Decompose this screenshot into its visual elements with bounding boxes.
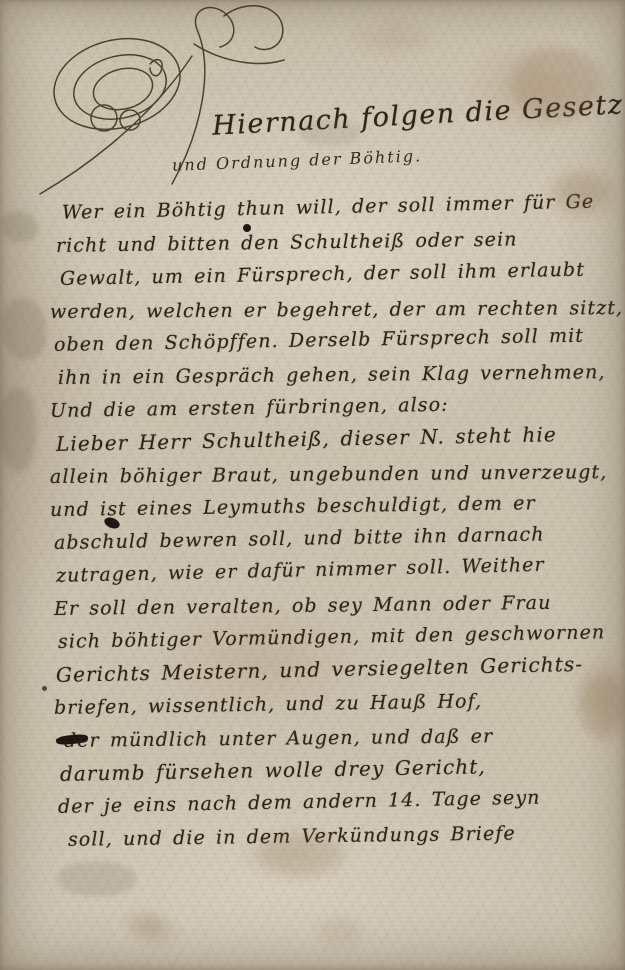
ink-blot	[243, 224, 251, 232]
show-through-smudge	[0, 388, 36, 472]
manuscript-body: Wer ein Böhtig thun will, der soll immer…	[50, 197, 602, 857]
paper-stain	[318, 918, 362, 944]
show-through-smudge	[58, 862, 136, 896]
paper-stain	[510, 48, 602, 120]
ink-blot	[42, 686, 47, 691]
paper-stain	[128, 912, 162, 934]
paper-stain	[580, 672, 625, 738]
show-through-smudge	[300, 120, 360, 146]
show-through-smudge	[0, 295, 51, 363]
show-through-smudge	[0, 208, 41, 246]
paper-stain	[556, 172, 608, 212]
manuscript-page: Hiernach folgen die Gesetz und Ordnung d…	[0, 0, 625, 970]
paper-stain	[258, 834, 344, 876]
